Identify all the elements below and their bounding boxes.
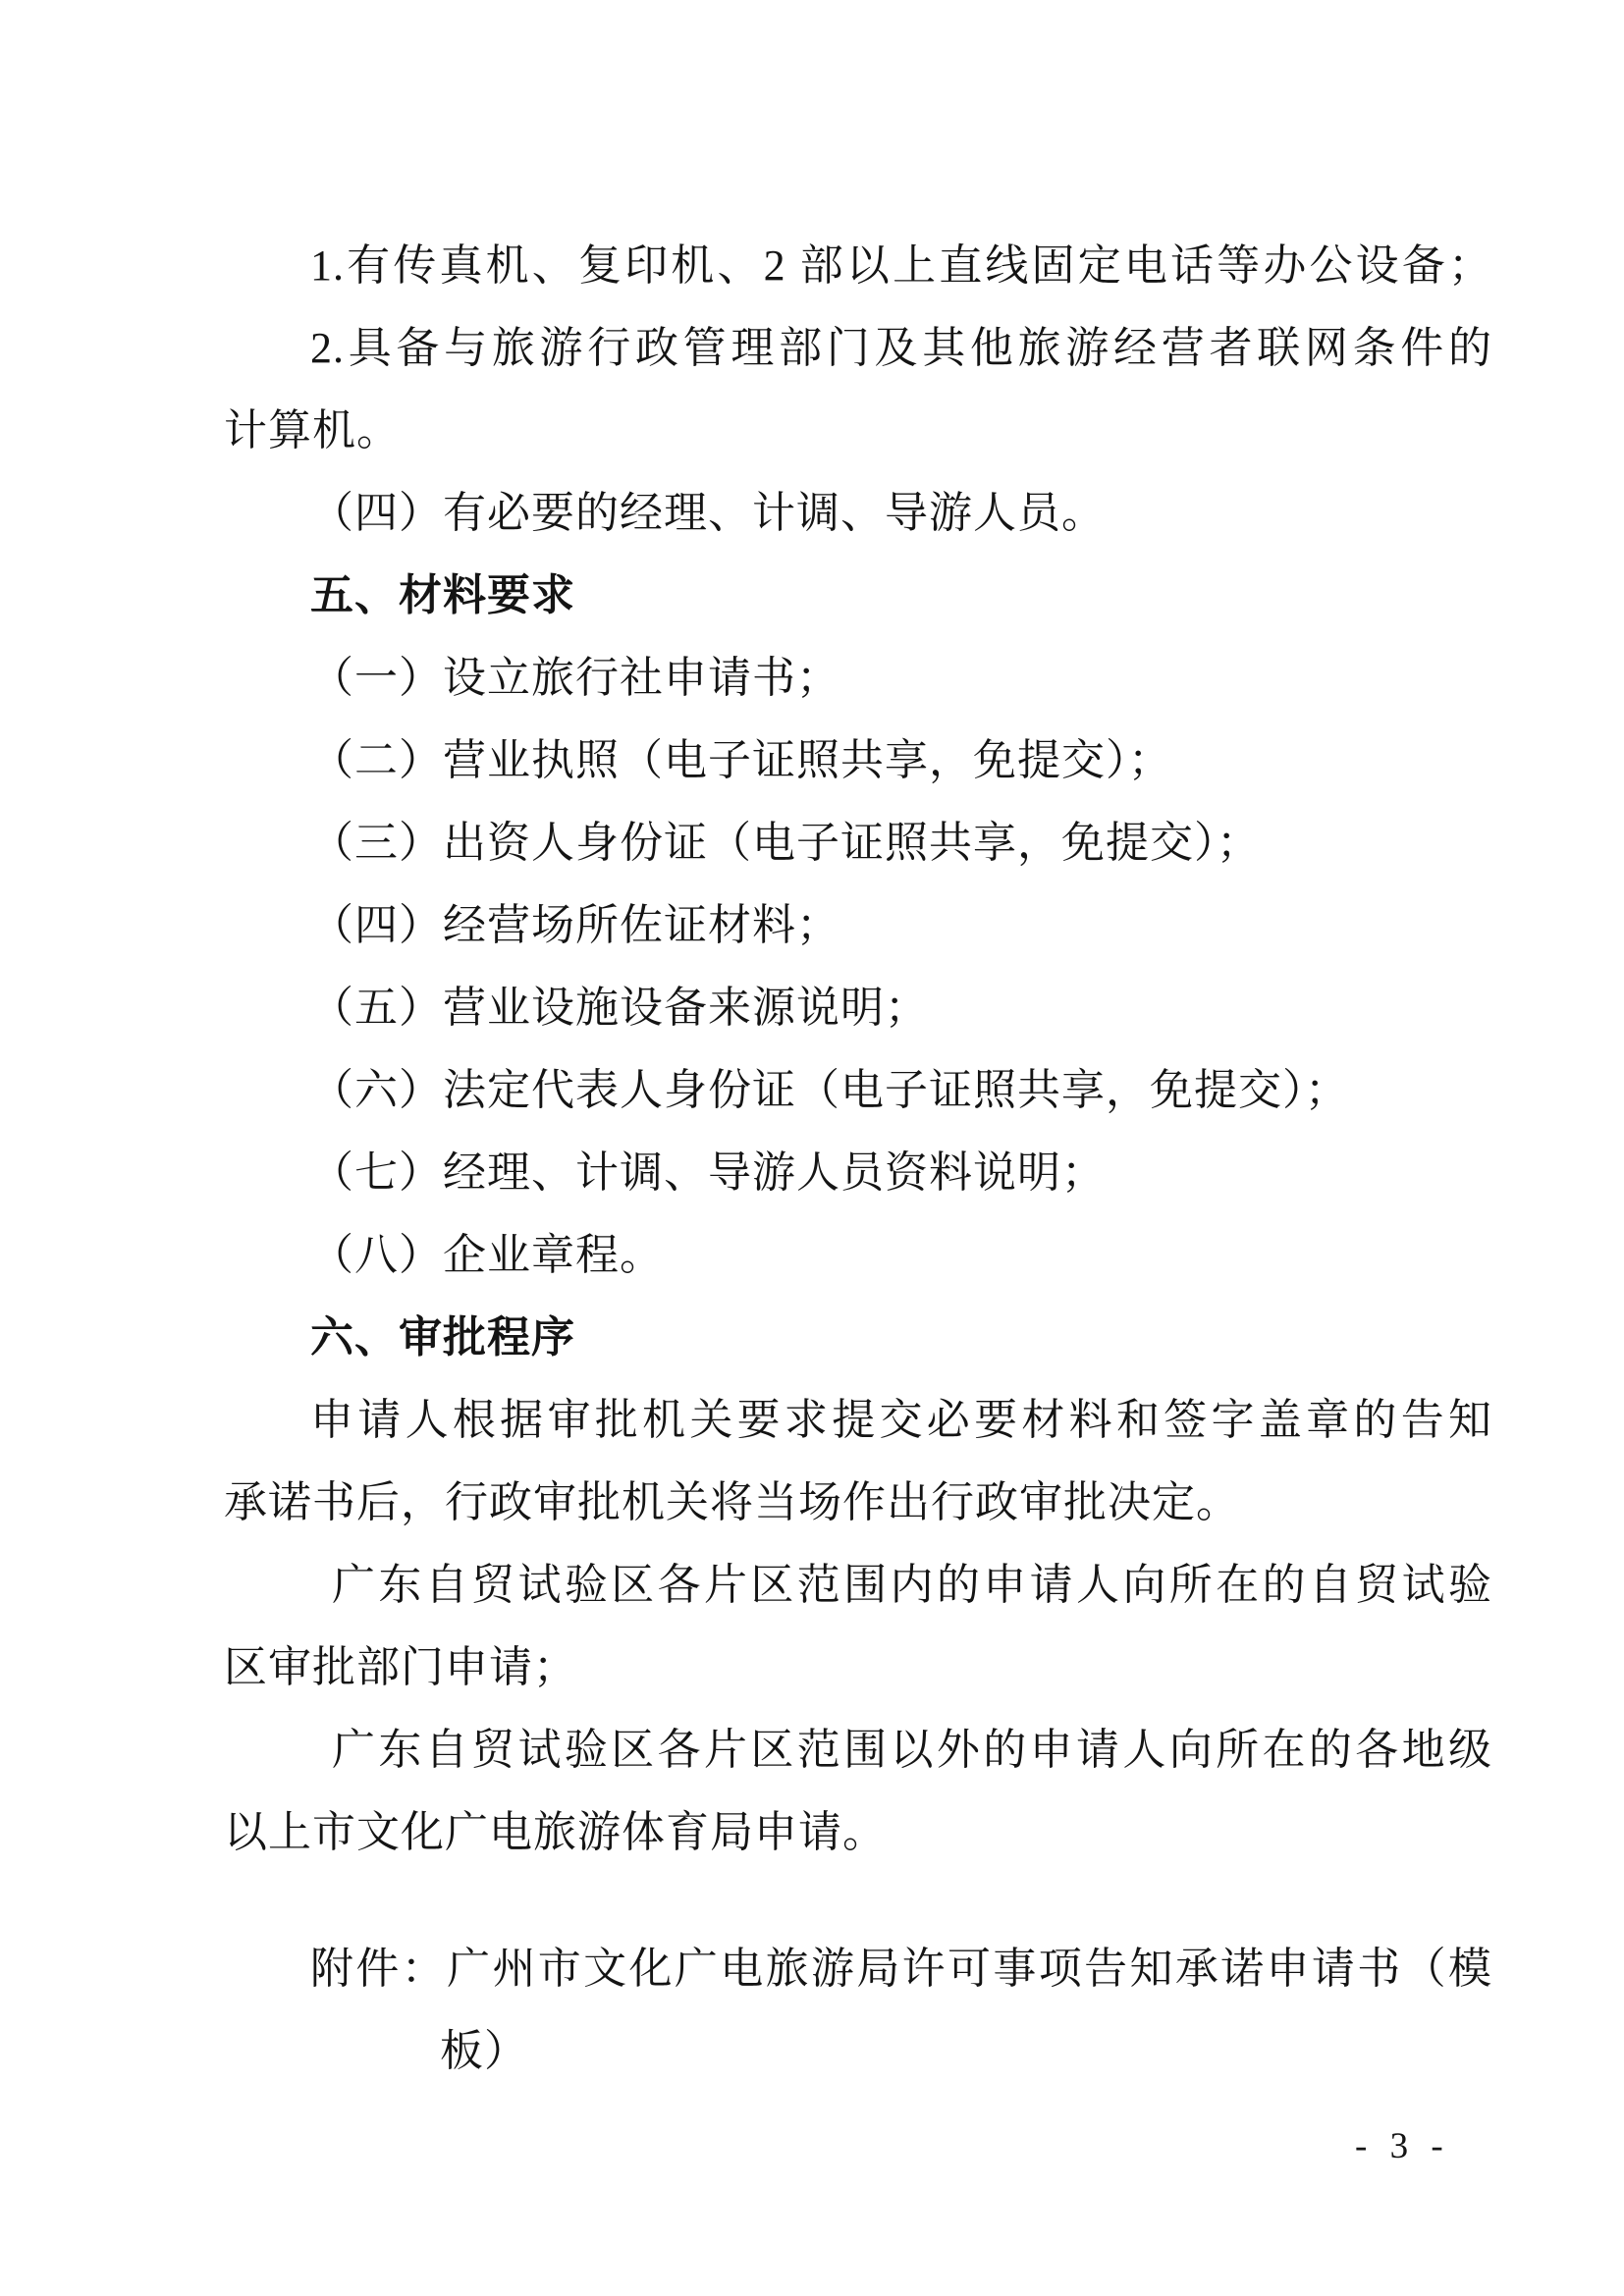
text-line: 2.具备与旅游行政管理部门及其他旅游经营者联网条件的 — [224, 307, 1492, 390]
text-line: 广东自贸试验区各片区范围内的申请人向所在的自贸试验 — [224, 1544, 1492, 1627]
text-line: （六）法定代表人身份证（电子证照共享，免提交）； — [224, 1049, 1492, 1132]
text-line: （八）企业章程。 — [224, 1214, 1492, 1297]
text-line: 申请人根据审批机关要求提交必要材料和签字盖章的告知 — [224, 1379, 1492, 1462]
document-body: 1.有传真机、复印机、2 部以上直线固定电话等办公设备；2.具备与旅游行政管理部… — [224, 225, 1492, 2093]
text-line: （五）营业设施设备来源说明； — [224, 967, 1492, 1049]
text-line: 承诺书后，行政审批机关将当场作出行政审批决定。 — [224, 1462, 1492, 1544]
document-page: 1.有传真机、复印机、2 部以上直线固定电话等办公设备；2.具备与旅游行政管理部… — [0, 0, 1624, 2296]
text-line: 以上市文化广电旅游体育局申请。 — [224, 1791, 1492, 1874]
text-line: （七）经理、计调、导游人员资料说明； — [224, 1132, 1492, 1214]
page-number: - 3 - — [1355, 2125, 1450, 2168]
text-line: 六、审批程序 — [224, 1297, 1492, 1379]
text-line: 1.有传真机、复印机、2 部以上直线固定电话等办公设备； — [224, 225, 1492, 307]
text-line: （三）出资人身份证（电子证照共享，免提交）； — [224, 802, 1492, 884]
text-line: 广东自贸试验区各片区范围以外的申请人向所在的各地级 — [224, 1709, 1492, 1791]
text-line: 计算机。 — [224, 390, 1492, 472]
text-line: 附件：广州市文化广电旅游局许可事项告知承诺申请书（模 — [224, 1928, 1492, 2010]
text-line: （一）设立旅行社申请书； — [224, 637, 1492, 720]
text-line: （二）营业执照（电子证照共享，免提交）； — [224, 720, 1492, 802]
text-line: （四）有必要的经理、计调、导游人员。 — [224, 472, 1492, 555]
text-line: 五、材料要求 — [224, 555, 1492, 637]
text-line: 区审批部门申请； — [224, 1627, 1492, 1709]
text-line: （四）经营场所佐证材料； — [224, 884, 1492, 967]
text-line: 板） — [224, 2010, 1492, 2093]
